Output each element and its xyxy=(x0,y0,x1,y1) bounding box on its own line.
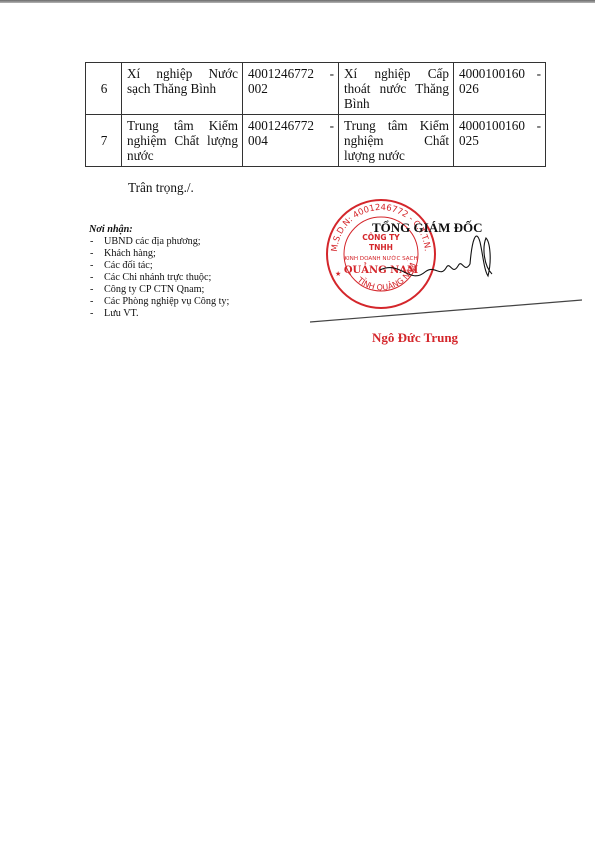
new-unit-name: Xí nghiệp Cấp thoát nước Thăng Bình xyxy=(339,63,454,115)
row-number: 6 xyxy=(86,63,122,115)
old-unit-code: 4001246772 - 004 xyxy=(243,115,339,167)
list-item: UBND các địa phương; xyxy=(89,236,229,248)
table-row: 6 Xí nghiệp Nước sạch Thăng Bình 4001246… xyxy=(86,63,546,115)
unit-conversion-table: 6 Xí nghiệp Nước sạch Thăng Bình 4001246… xyxy=(85,62,546,167)
recipients-block: Nơi nhận: UBND các địa phương; Khách hàn… xyxy=(89,224,229,320)
row-number: 7 xyxy=(86,115,122,167)
list-item: Công ty CP CTN Qnam; xyxy=(89,284,229,296)
new-unit-code: 4000100160 - 025 xyxy=(454,115,546,167)
svg-text:★: ★ xyxy=(335,270,341,278)
old-unit-name: Xí nghiệp Nước sạch Thăng Bình xyxy=(122,63,243,115)
signer-name: Ngô Đức Trung xyxy=(372,330,458,346)
old-unit-name: Trung tâm Kiểm nghiệm Chất lượng nước xyxy=(122,115,243,167)
new-unit-name: Trung tâm Kiểm nghiệm Chất lượng nước xyxy=(339,115,454,167)
page-top-edge xyxy=(0,0,595,3)
old-unit-code: 4001246772 - 002 xyxy=(243,63,339,115)
recipients-title: Nơi nhận: xyxy=(89,224,229,236)
handwritten-signature xyxy=(380,230,500,290)
list-item: Lưu VT. xyxy=(89,308,229,320)
list-item: Khách hàng; xyxy=(89,248,229,260)
list-item: Các đối tác; xyxy=(89,260,229,272)
new-unit-code: 4000100160 - 026 xyxy=(454,63,546,115)
list-item: Các Chi nhánh trực thuộc; xyxy=(89,272,229,284)
table-row: 7 Trung tâm Kiểm nghiệm Chất lượng nước … xyxy=(86,115,546,167)
closing-text: Trân trọng./. xyxy=(128,180,194,196)
list-item: Các Phòng nghiệp vụ Công ty; xyxy=(89,296,229,308)
recipients-list: UBND các địa phương; Khách hàng; Các đối… xyxy=(89,236,229,320)
